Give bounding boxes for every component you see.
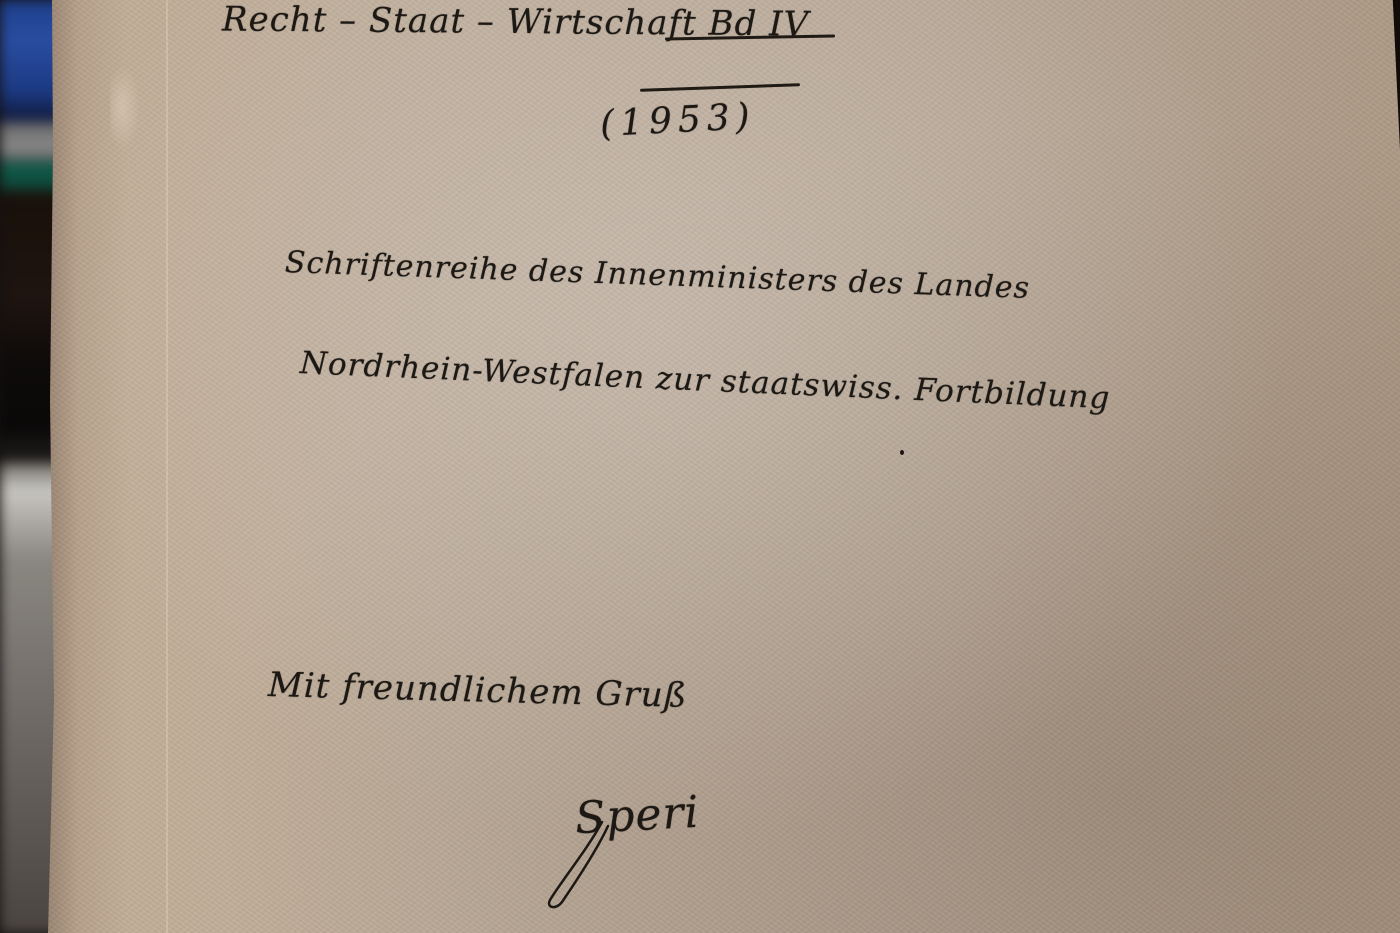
- page-crease: [166, 0, 168, 933]
- paper-bump: [110, 65, 140, 150]
- ink-spot: [900, 450, 904, 455]
- handwritten-year: (1953): [599, 96, 757, 145]
- photo-scene: Recht – Staat – Wirtschaft Bd IV (1953) …: [0, 0, 1400, 933]
- book-page: [48, 0, 1400, 933]
- signature-flourish: [542, 820, 632, 910]
